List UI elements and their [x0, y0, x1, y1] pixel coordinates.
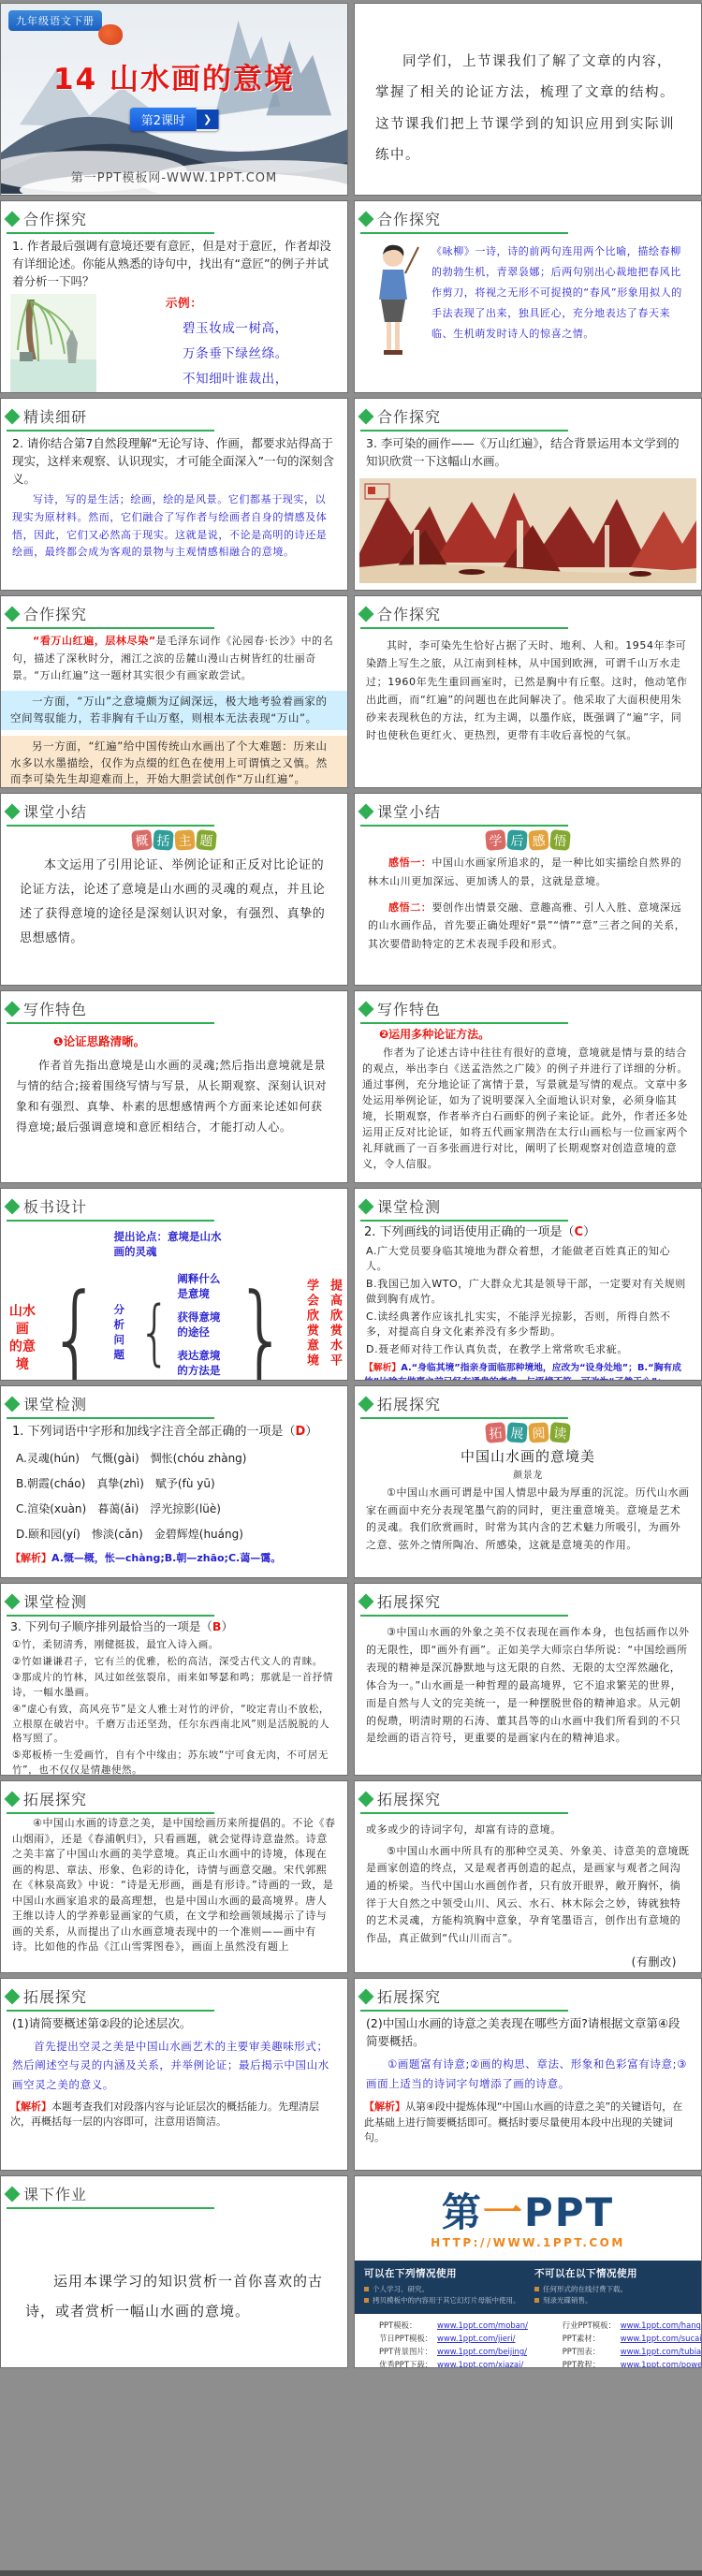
- section-heading: 合作探究: [7, 208, 214, 234]
- intro-text: 同学们，上节课我们了解了文章的内容，掌握了相关的论证方法，梳理了文章的结构。这节…: [355, 4, 701, 171]
- willow-painting: [10, 294, 96, 393]
- badge-tile: 感: [528, 829, 548, 850]
- paragraph-text: 作者为了论述古诗中往往有很好的意境，意境就是情与景的结合的观点，举出李白《送孟浩…: [362, 1045, 694, 1172]
- section-heading: 拓展探究: [7, 1985, 214, 2012]
- sentence-3: ③那成片的竹林，风过如丝弦裂帛，雨来如琴瑟和鸣；那就是一首抒情诗，一幅水墨画。: [12, 1671, 336, 1701]
- slide-quiz-2: 课堂检测 2. 下列画线的词语使用正确的一项是（C） A.广大党员要身临其境地为…: [354, 1188, 702, 1381]
- poem-block: 示例： 碧玉妆成一树高， 万条垂下绿丝绦。 不知细叶谁裁出， 二月春风似剪刀。: [96, 294, 338, 393]
- answer-letter: D: [296, 1425, 306, 1439]
- empty-cell: [0, 2373, 348, 2566]
- slide-close-reading: 精读细研 2. 请你结合第7自然段理解“无论写诗、作画，都要求站得高于现实，这样…: [0, 398, 348, 591]
- section-title: 拓展探究: [377, 1788, 441, 1809]
- link-label: 优秀PPT下载：: [379, 2359, 437, 2368]
- option-c: C.渲染(xuàn) 暮蔼(ǎi) 浮光掠影(lüè): [16, 1500, 332, 1517]
- footer-link[interactable]: www.1ppt.com/moban/: [437, 2320, 528, 2333]
- analysis-label: 【解析】: [364, 1363, 401, 1373]
- question-close: ）: [305, 1425, 317, 1439]
- diamond-icon: [358, 606, 374, 622]
- section-title: 课下作业: [23, 2183, 87, 2204]
- grade-badge: 九年级语文下册: [8, 10, 102, 31]
- section-title: 拓展探究: [23, 1985, 87, 2007]
- quote-highlight: “看万山红遍，层林尽染”: [33, 635, 156, 647]
- link-label: PPT教程：: [563, 2359, 621, 2368]
- analysis-block: 【解析】本题考查我们对段落内容与论证层次的概括能力。先理清层次，再概括每一层的内…: [10, 2100, 338, 2130]
- question-text: 3. 李可染的画作——《万山红遍》，结合背景运用本文学到的知识欣赏一下这幅山水画…: [366, 435, 690, 471]
- section-title: 课堂检测: [23, 1590, 87, 1612]
- diagram-item: 阐释什么是意境: [177, 1271, 223, 1301]
- footer-card: 第一PPT HTTP://WWW.1PPT.COM 可以在下列情况使用 个人学习…: [354, 2175, 702, 2368]
- diagram-middle: 提出论点：意境是山水画的灵魂 分析问题 { 阐释什么是意境 获得意境的途径 表达…: [113, 1229, 223, 1381]
- site-caption: 第一PPT模板网-WWW.1PPT.COM: [1, 168, 347, 185]
- slide-grid: 九年级语文下册 14 山水画的意境 第2课时 ❯ 第一PPT模板网-WWW.1P…: [0, 0, 702, 2566]
- slide-extended-4: 拓展探究 ④中国山水画的诗意之美，是中国绘画历来所提倡的。不论《春山烟雨》，还是…: [0, 1780, 348, 1973]
- ink-mountain-art: [1, 4, 347, 194]
- slide-quiz-1: 课堂检测 1. 下列词语中字形和加线字注音全部正确的一项是（D） A.灵魂(hú…: [0, 1385, 348, 1578]
- edit-note: (有删改): [379, 1954, 677, 1969]
- brace-open: {: [48, 1268, 102, 1381]
- aspect-one-box: 一方面，“万山”之意境颇为辽阔深远，极大地考验着画家的空间驾驭能力，若非胸有千山…: [1, 691, 347, 730]
- section-heading: 精读细研: [7, 405, 214, 432]
- sentence-5: ⑤郑板桥一生爱画竹，自有个中缘由；苏东坡“宁可食无肉，不可居无竹”，也不仅仅是情…: [12, 1749, 336, 1776]
- site-logo: 第一PPT: [355, 2191, 701, 2234]
- footer-links: PPT模板：www.1ppt.com/moban/ 节日PPT模板：www.1p…: [355, 2314, 701, 2368]
- goal-text-vertical: 学会欣赏意境: [302, 1279, 320, 1381]
- badge-tile: 拓: [485, 1422, 506, 1443]
- option-b: B.朝霞(cháo) 真挚(zhì) 赋予(fù yū): [16, 1475, 332, 1492]
- slide-writing-style-2: 写作特色 ❷运用多种论证方法。 作者为了论述古诗中往往有很好的意境，意境就是情与…: [354, 990, 702, 1183]
- section-title: 拓展探究: [377, 1985, 441, 2007]
- reflection-label: 感悟二：: [388, 901, 431, 914]
- poem-line: 碧玉妆成一树高，: [183, 317, 338, 336]
- course-title: 14 山水画的意境: [1, 55, 347, 97]
- brace-inner: {: [139, 1290, 170, 1374]
- option-d: D.聂老师对待工作认真负责，在教学上常常吹毛求疵。: [366, 1342, 690, 1358]
- forbidden-item: 刻录光碟销售。: [543, 2295, 592, 2306]
- section-title: 精读细研: [23, 405, 87, 427]
- diamond-icon: [5, 1988, 21, 2004]
- paragraph-text: 作者首先指出意境是山水画的灵魂;然后指出意境就是景与情的结合;接着围绕写情与写景…: [16, 1055, 332, 1138]
- answer-text: 《咏柳》一诗，诗的前两句连用两个比喻，描绘春柳的勃勃生机，青翠袅娜；后两句别出心…: [422, 241, 692, 363]
- answer-text: 首先提出空灵之美是中国山水画艺术的主要审美趣味形式；然后阐述空与灵的内涵及关系，…: [12, 2037, 336, 2095]
- allowed-usage: 可以在下列情况使用 个人学习、研究。 拷贝模板中的内容用于其它幻灯片母版中使用。: [364, 2266, 521, 2306]
- paragraph-text: ③中国山水画的外象之美不仅表现在画作本身，也包括画作以外的无限性，即“画外有画”…: [366, 1624, 690, 1748]
- link-label: PPT模板：: [379, 2320, 437, 2333]
- diamond-icon: [358, 211, 374, 227]
- option-a: A.灵魂(hún) 气慨(gài) 惆怅(chóu zhàng): [16, 1450, 332, 1467]
- goal-text-vertical: 提高欣赏水平: [326, 1279, 344, 1381]
- diamond-icon: [5, 408, 21, 424]
- badge-tiles: 概括主题: [1, 830, 347, 850]
- diamond-icon: [358, 1988, 374, 2004]
- footer-link[interactable]: www.1ppt.com/jieri/: [437, 2333, 515, 2346]
- section-title: 合作探究: [23, 208, 87, 229]
- question-text: 1. 作者最后强调有意境还要有意匠，但是对于意匠，作者却没有详细论述。你能从熟悉…: [12, 238, 336, 290]
- answer-letter: B: [212, 1619, 222, 1633]
- slide-quiz-3: 课堂检测 3. 下列句子顺序排列最恰当的一项是（B） ①竹，柔韧清秀，刚健挺拔，…: [0, 1583, 348, 1776]
- section-title: 合作探究: [377, 603, 441, 624]
- diagram-subject: 山水画的意境: [8, 1303, 37, 1374]
- option-c: C.读经典著作应该扎扎实实，不能浮光掠影，否则，所得自然不多，对提高自身文化素养…: [366, 1310, 690, 1340]
- footer-link[interactable]: www.1ppt.com/xiazai/: [437, 2359, 523, 2368]
- section-heading: 拓展探究: [360, 1788, 568, 1814]
- slide-cooperate-1: 合作探究 1. 作者最后强调有意境还要有意匠，但是对于意匠，作者却没有详细论述。…: [0, 200, 348, 393]
- section-heading: 合作探究: [360, 603, 568, 629]
- analysis-label: 【解析】: [10, 2100, 51, 2113]
- board-diagram: 山水画的意境 { 提出论点：意境是山水画的灵魂 分析问题 { 阐释什么是意境 获…: [1, 1223, 347, 1381]
- question-text: 2. 下列画线的词语使用正确的一项是（: [364, 1225, 575, 1239]
- forbidden-title: 不可以在以下情况使用: [534, 2266, 692, 2280]
- sentence-2: ②竹如谦谦君子，它有兰的优雅，松的高洁，深受古代文人的青睐。: [12, 1655, 336, 1670]
- logo-yi: 一: [483, 2189, 524, 2235]
- slide-title: 九年级语文下册 14 山水画的意境 第2课时 ❯ 第一PPT模板网-WWW.1P…: [0, 3, 348, 196]
- diamond-icon: [358, 1396, 374, 1412]
- diamond-icon: [358, 408, 374, 424]
- article-author: 颜景龙: [355, 1467, 701, 1481]
- allowed-title: 可以在下列情况使用: [364, 2266, 521, 2280]
- bullet-icon: [534, 2298, 539, 2303]
- paragraph-text: ④中国山水画的诗意之美，是中国绘画历来所提倡的。不论《春山烟雨》，还是《春浦帆归…: [12, 1816, 336, 1955]
- badge-tile: 悟: [549, 829, 571, 851]
- lesson-button[interactable]: 第2课时 ❯: [130, 108, 219, 131]
- diagram-item: 获得意境的途径: [177, 1310, 223, 1339]
- section-title: 课堂小结: [377, 800, 441, 822]
- badge-tile: 阅: [528, 1422, 548, 1442]
- footer-link[interactable]: www.1ppt.com/sucai/: [621, 2333, 702, 2346]
- analysis-block: 【解析】A.慨—概，怅—chàng;B.朝—zhāo;C.蔼—霭。: [10, 1551, 338, 1567]
- sentence-4: ④“虚心有致，高风亮节”是文人雅士对竹的评价，“咬定青山不放松，立根原在破岩中。…: [12, 1703, 336, 1747]
- slide-homework: 课下作业 运用本课学习的知识赏析一首你喜欢的古诗，或者赏析一幅山水画的意境。: [0, 2175, 348, 2368]
- forbidden-usage: 不可以在以下情况使用 任何形式的在线付费下载。 刻录光碟销售。: [534, 2266, 692, 2306]
- section-title: 写作特色: [377, 998, 441, 1019]
- slide-extended-q1: 拓展探究 (1)请简要概述第②段的论述层次。 首先提出空灵之美是中国山水画艺术的…: [0, 1978, 348, 2171]
- question-text: (1)请简要概述第②段的论述层次。: [12, 2015, 336, 2033]
- forbidden-item: 任何形式的在线付费下载。: [543, 2284, 627, 2295]
- badge-tile: 题: [196, 829, 217, 851]
- badge-tile: 后: [506, 829, 527, 850]
- bullet-icon: [364, 2287, 369, 2291]
- links-column-left: PPT模板：www.1ppt.com/moban/ 节日PPT模板：www.1p…: [379, 2320, 553, 2368]
- section-heading: 课堂小结: [360, 800, 568, 827]
- analysis-block: 【解析】A.“身临其境”指亲身面临那种境地，应改为“设身处地”；B.“胸有成竹”…: [364, 1362, 692, 1381]
- footer-link[interactable]: www.1ppt.com/powerpoint/: [621, 2359, 702, 2368]
- sentence-1: ①竹，柔韧清秀，刚健挺拔，最宜入诗入画。: [12, 1638, 336, 1653]
- section-heading: 板书设计: [7, 1195, 214, 1222]
- slide-summary-reflection: 课堂小结 学后感悟 感悟一：中国山水画家所追求的，是一种比如实描绘自然界的林木山…: [354, 793, 702, 986]
- slide-board-design: 板书设计 山水画的意境 { 提出论点：意境是山水画的灵魂 分析问题 { 阐释什么…: [0, 1188, 348, 1381]
- diamond-icon: [358, 803, 374, 819]
- badge-tiles: 学后感悟: [355, 830, 701, 850]
- site-url: HTTP://WWW.1PPT.COM: [355, 2236, 701, 2249]
- example-label: 示例：: [166, 294, 338, 311]
- section-heading: 写作特色: [360, 998, 568, 1024]
- logo-di: 第: [442, 2189, 483, 2235]
- option-a: A.广大党员要身临其境地为群众着想，才能做老百姓真正的知心人。: [366, 1244, 690, 1275]
- link-label: 行业PPT模板：: [563, 2320, 621, 2333]
- paragraph-continued: 或多或少的诗词字句，却富有诗的意境。: [366, 1822, 690, 1839]
- diamond-icon: [358, 1791, 374, 1807]
- sun-icon: [98, 24, 123, 45]
- paragraph-text: ①中国山水画可谓是中国人情思中最为厚重的沉淀。历代山水画家在画面中充分表现笔墨气…: [366, 1485, 690, 1555]
- slide-extended-q2: 拓展探究 (2)中国山水画的诗意之美表现在哪些方面?请根据文章第④段简要概括。 …: [354, 1978, 702, 2171]
- diamond-icon: [5, 2186, 21, 2202]
- section-title: 拓展探究: [23, 1788, 87, 1809]
- section-heading: 课堂小结: [7, 800, 214, 827]
- example-block: 示例： 碧玉妆成一树高， 万条垂下绿丝绦。 不知细叶谁裁出， 二月春风似剪刀。: [10, 294, 338, 393]
- diagram-analyze-label: 分析问题: [113, 1302, 132, 1362]
- badge-tile: 括: [153, 829, 173, 850]
- slide-extended-reading: 拓展探究 拓展阅读 中国山水画的意境美 颜景龙 ①中国山水画可谓是中国人情思中最…: [354, 1385, 702, 1578]
- question-text: (2)中国山水画的诗意之美表现在哪些方面?请根据文章第④段简要概括。: [366, 2015, 690, 2051]
- section-heading: 拓展探究: [360, 1590, 568, 1617]
- analysis-text: 从第④段中提炼体现“中国山水画的诗意之美”的关键语句，在此基础上进行简要概括即可…: [364, 2100, 682, 2144]
- teacher-illustration: [364, 241, 422, 363]
- analysis-text: A.慨—概，怅—chàng;B.朝—zhāo;C.蔼—霭。: [51, 1552, 281, 1564]
- diamond-icon: [5, 211, 21, 227]
- diagram-goal: 学会欣赏意境 提高欣赏水平: [302, 1279, 344, 1381]
- diamond-icon: [5, 606, 21, 622]
- slide-extended-3: 拓展探究 ③中国山水画的外象之美不仅表现在画作本身，也包括画作以外的无限性，即“…: [354, 1583, 702, 1776]
- section-heading: 课堂检测: [360, 1195, 568, 1222]
- reflection-label: 感悟一：: [388, 856, 431, 869]
- diamond-icon: [5, 803, 21, 819]
- diamond-icon: [5, 1001, 21, 1017]
- slide-cooperate-answer: 合作探究 《咏柳》一诗，诗的前两句连用两个比喻，描绘春柳的勃勃生机，青翠袅娜；后…: [354, 200, 702, 393]
- section-heading: 课下作业: [7, 2183, 214, 2209]
- question-text: 1. 下列词语中字形和加线字注音全部正确的一项是（: [12, 1425, 296, 1439]
- homework-text: 运用本课学习的知识赏析一首你喜欢的古诗，或者赏析一幅山水画的意境。: [1, 2211, 347, 2326]
- allowed-item: 个人学习、研究。: [373, 2284, 429, 2295]
- lesson-label: 第2课时: [130, 108, 197, 131]
- link-label: PPT背景图片：: [379, 2346, 437, 2359]
- diamond-icon: [358, 1593, 374, 1609]
- diamond-icon: [358, 1001, 374, 1017]
- answer-text: 写诗，写的是生活；绘画，绘的是风景。它们都基于现实，以现实为原材料。然而，它们融…: [12, 491, 336, 562]
- answer-text: ①画题富有诗意;②画的构思、章法、形象和色彩富有诗意;③画面上适当的诗词字句增添…: [366, 2055, 690, 2096]
- section-heading: 课堂检测: [7, 1590, 214, 1617]
- footer-link[interactable]: www.1ppt.com/tubiao/: [621, 2346, 702, 2359]
- point-label: ❷运用多种论证方法。: [379, 1026, 690, 1043]
- diagram-item: 表达意境的方法是意匠: [177, 1348, 223, 1381]
- section-heading: 课堂检测: [7, 1393, 214, 1419]
- section-title: 拓展探究: [377, 1590, 441, 1612]
- article-title: 中国山水画的意境美: [355, 1446, 701, 1466]
- slide-writing-style-1: 写作特色 ❶论证思路清晰。 作者首先指出意境是山水画的灵魂;然后指出意境就是景与…: [0, 990, 348, 1183]
- usage-bar: 可以在下列情况使用 个人学习、研究。 拷贝模板中的内容用于其它幻灯片母版中使用。…: [355, 2261, 701, 2314]
- analysis-label: 【解析】: [364, 2100, 405, 2113]
- question-close: ）: [583, 1225, 595, 1239]
- slide-intro: 同学们，上节课我们了解了文章的内容，掌握了相关的论证方法，梳理了文章的结构。这节…: [354, 3, 702, 196]
- summary-text: 本文运用了引用论证、举例论证和正反对比论证的论证方法，论述了意境是山水画的灵魂的…: [20, 854, 329, 951]
- option-d: D.颐和园(yí) 惨淡(cǎn) 金碧辉煌(huáng): [16, 1526, 332, 1543]
- section-title: 合作探究: [23, 603, 87, 624]
- bullet-icon: [534, 2287, 539, 2291]
- diamond-icon: [5, 1396, 21, 1412]
- page-bottom-strip: [0, 2570, 702, 2576]
- answer-letter: C: [575, 1225, 584, 1239]
- logo-ppt: PPT: [524, 2189, 614, 2235]
- section-title: 板书设计: [23, 1195, 87, 1217]
- badge-tile: 主: [174, 829, 195, 850]
- analysis-label: 【解析】: [10, 1552, 51, 1564]
- badge-tile: 学: [485, 829, 506, 851]
- paragraph-text: 其时，李可染先生恰好占据了天时、地利、人和。1954年李可染踏上写生之旅，从江南…: [366, 637, 690, 745]
- paragraph-text: ⑤中国山水画中所具有的那种空灵美、外象美、诗意美的意境既是画家创造的终点，又是观…: [366, 1843, 690, 1948]
- analysis-text: A.“身临其境”指亲身面临那种境地，应改为“设身处地”；B.“胸有成竹”比喻在做…: [364, 1363, 690, 1381]
- question-text: 3. 下列句子顺序排列最恰当的一项是（: [10, 1619, 212, 1633]
- section-title: 合作探究: [377, 405, 441, 427]
- analysis-block: 【解析】从第④段中提炼体现“中国山水画的诗意之美”的关键语句，在此基础上进行简要…: [364, 2100, 692, 2146]
- wanshan-hongbian-painting: [359, 478, 696, 583]
- slide-extended-5: 拓展探究 或多或少的诗词字句，却富有诗的意境。 ⑤中国山水画中所具有的那种空灵美…: [354, 1780, 702, 1973]
- poem-line: 万条垂下绿丝绦。: [183, 343, 338, 361]
- brace-close: }: [235, 1268, 289, 1381]
- link-label: PPT图表：: [563, 2346, 621, 2359]
- badge-tile: 展: [506, 1422, 527, 1442]
- badge-tiles: 拓展阅读: [355, 1423, 701, 1442]
- section-title: 课堂小结: [23, 800, 87, 822]
- slide-cooperate-background: 合作探究 其时，李可染先生恰好占据了天时、地利、人和。1954年李可染踏上写生之…: [354, 595, 702, 788]
- diamond-icon: [5, 1791, 21, 1807]
- option-b: B.我国已加入WTO，广大群众尤其是领导干部，一定要对有关规则做到胸有成竹。: [366, 1277, 690, 1308]
- allowed-item: 拷贝模板中的内容用于其它幻灯片母版中使用。: [373, 2295, 520, 2306]
- section-heading: 拓展探究: [360, 1985, 568, 2012]
- analysis-text: 本题考查我们对段落内容与论证层次的概括能力。先理清层次，再概括每一层的内容即可，…: [10, 2100, 319, 2129]
- slide-cooperate-painting: 合作探究 3. 李可染的画作——《万山红遍》，结合背景运用本文学到的知识欣赏一下…: [354, 398, 702, 591]
- question-close: ）: [221, 1619, 233, 1633]
- section-heading: 写作特色: [7, 998, 214, 1024]
- aspect-two-box: 另一方面，“红遍”给中国传统山水画出了个大难题：历来山水多以水墨描绘，仅作为点缀…: [1, 736, 347, 788]
- slide-cooperate-wanshan: 合作探究 “看万山红遍，层林尽染”是毛泽东词作《沁园春·长沙》中的名句，描述了深…: [0, 595, 348, 788]
- section-heading: 合作探究: [7, 603, 214, 629]
- slide-summary-theme: 课堂小结 概括主题 本文运用了引用论证、举例论证和正反对比论证的论证方法，论述了…: [0, 793, 348, 986]
- diamond-icon: [358, 1198, 374, 1214]
- diamond-icon: [5, 1198, 21, 1214]
- poem-line: 不知细叶谁裁出，: [183, 368, 338, 387]
- badge-tile: 概: [131, 829, 153, 851]
- section-title: 课堂检测: [377, 1195, 441, 1217]
- link-label: 节日PPT模板：: [379, 2333, 437, 2346]
- section-title: 课堂检测: [23, 1393, 87, 1414]
- badge-tile: 读: [549, 1422, 571, 1443]
- section-heading: 拓展探究: [360, 1393, 568, 1419]
- diagram-point: 提出论点：意境是山水画的灵魂: [113, 1229, 223, 1259]
- footer-link[interactable]: www.1ppt.com/beijing/: [437, 2346, 527, 2359]
- section-heading: 合作探究: [360, 208, 568, 234]
- section-heading: 合作探究: [360, 405, 568, 432]
- diamond-icon: [5, 1593, 21, 1609]
- question-text: 2. 请你结合第7自然段理解“无论写诗、作画，都要求站得高于现实，这样来观察、认…: [12, 435, 336, 488]
- links-column-right: 行业PPT模板：www.1ppt.com/hangye/ PPT素材：www.1…: [563, 2320, 702, 2368]
- diagram-items: 阐释什么是意境 获得意境的途径 表达意境的方法是意匠: [177, 1263, 223, 1381]
- footer-link[interactable]: www.1ppt.com/hangye/: [621, 2320, 702, 2333]
- section-title: 拓展探究: [377, 1393, 441, 1414]
- point-label: ❶论证思路清晰。: [53, 1033, 336, 1051]
- section-heading: 拓展探究: [7, 1788, 214, 1814]
- section-title: 写作特色: [23, 998, 87, 1019]
- section-title: 合作探究: [377, 208, 441, 229]
- chevron-right-icon: ❯: [197, 110, 218, 129]
- link-label: PPT素材：: [563, 2333, 621, 2346]
- bullet-icon: [364, 2298, 369, 2303]
